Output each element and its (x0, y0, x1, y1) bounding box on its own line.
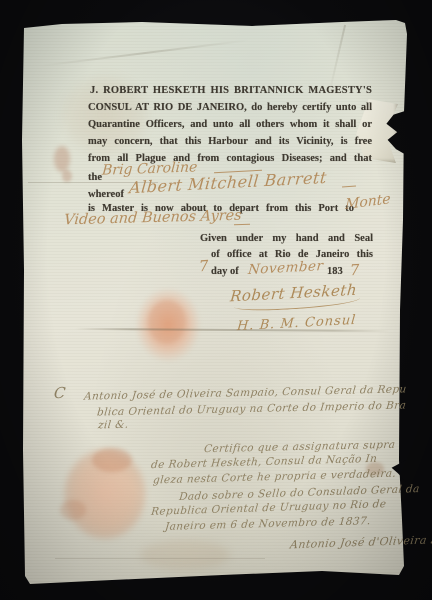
printed-body-line-2: may concern, that this Harbour and its V… (88, 137, 372, 148)
photo-of-document: J. ROBERT HESKETH HIS BRITANNICK MAGESTY… (0, 0, 432, 600)
printed-whereof-label: whereof (88, 190, 124, 201)
margin-flourish-mark: C (53, 386, 66, 401)
notary-line-3: zil &. (97, 420, 129, 431)
handwritten-day-number: 7 (198, 259, 209, 275)
printed-the-label: the (88, 173, 102, 184)
printed-day-of-label: day of (211, 267, 239, 278)
printed-year-183: 183 (327, 267, 343, 278)
printed-header-line-1: J. ROBERT HESKETH HIS BRITANNICK MAGESTY… (90, 86, 372, 97)
printed-body-line-1: Quarantine Officers, and unto all others… (88, 120, 372, 131)
handwritten-year-digit: 7 (350, 263, 360, 278)
printed-given-line-1: Given under my hand and Seal (200, 234, 373, 245)
printed-header-line-2: CONSUL AT RIO DE JANEIRO, do hereby cert… (88, 103, 372, 114)
